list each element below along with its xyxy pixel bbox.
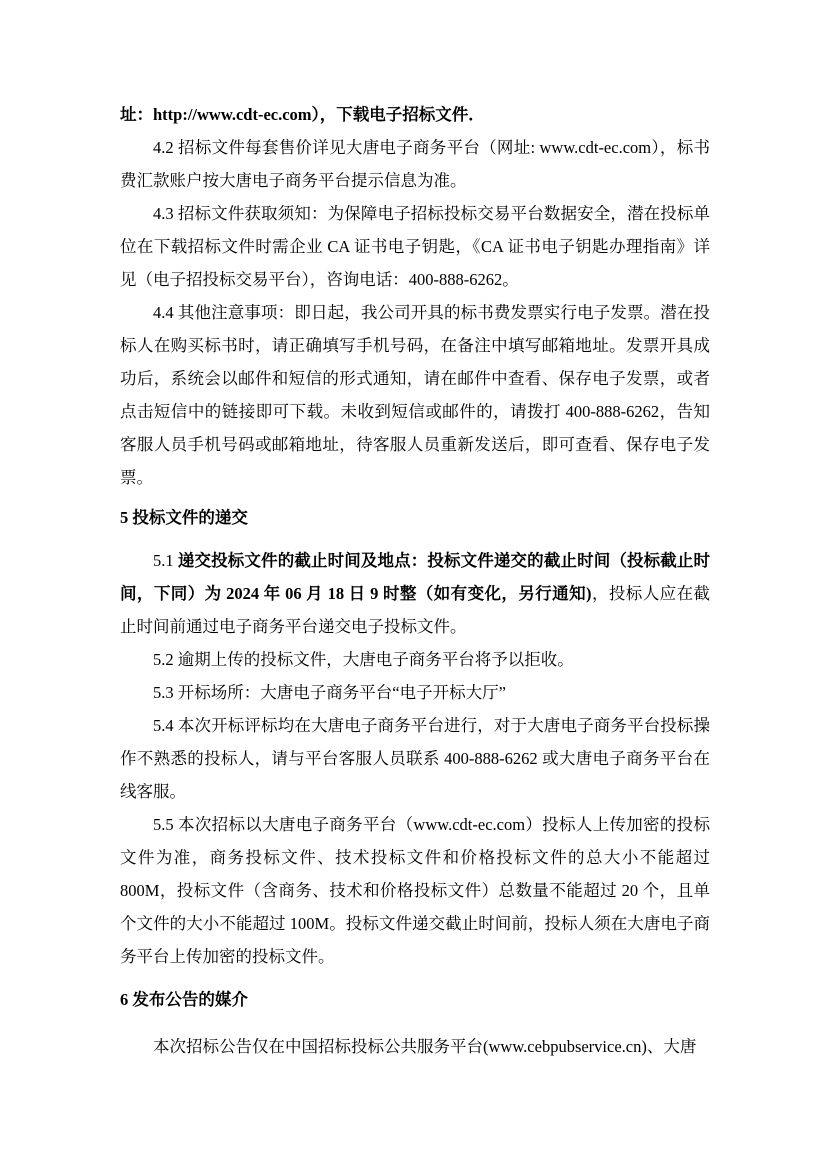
clause-5-1-number: 5.1 xyxy=(153,551,178,570)
paragraph-4-2: 4.2 招标文件每套售价详见大唐电子商务平台（网址: www.cdt-ec.co… xyxy=(120,131,710,197)
section-heading-6: 6 发布公告的媒介 xyxy=(120,983,710,1016)
paragraph-5-5: 5.5 本次招标以大唐电子商务平台（www.cdt-ec.com）投标人上传加密… xyxy=(120,808,710,973)
paragraph-5-4: 5.4 本次开标评标均在大唐电子商务平台进行，对于大唐电子商务平台投标操作不熟悉… xyxy=(120,709,710,808)
paragraph-4-3: 4.3 招标文件获取须知：为保障电子招标投标交易平台数据安全，潜在投标单位在下载… xyxy=(120,197,710,296)
paragraph-6-intro: 本次招标公告仅在中国招标投标公共服务平台(www.cebpubservice.c… xyxy=(120,1030,710,1063)
paragraph-5-2: 5.2 逾期上传的投标文件，大唐电子商务平台将予以拒收。 xyxy=(120,643,710,676)
paragraph-carryover-url: 址：http://www.cdt-ec.com），下载电子招标文件． xyxy=(120,98,710,131)
document-page: 址：http://www.cdt-ec.com），下载电子招标文件． 4.2 招… xyxy=(0,0,827,1169)
paragraph-4-4: 4.4 其他注意事项：即日起，我公司开具的标书费发票实行电子发票。潜在投标人在购… xyxy=(120,296,710,494)
paragraph-5-3: 5.3 开标场所：大唐电子商务平台“电子开标大厅” xyxy=(120,676,710,709)
section-heading-5: 5 投标文件的递交 xyxy=(120,501,710,534)
paragraph-5-1: 5.1 递交投标文件的截止时间及地点：投标文件递交的截止时间（投标截止时间，下同… xyxy=(120,544,710,643)
